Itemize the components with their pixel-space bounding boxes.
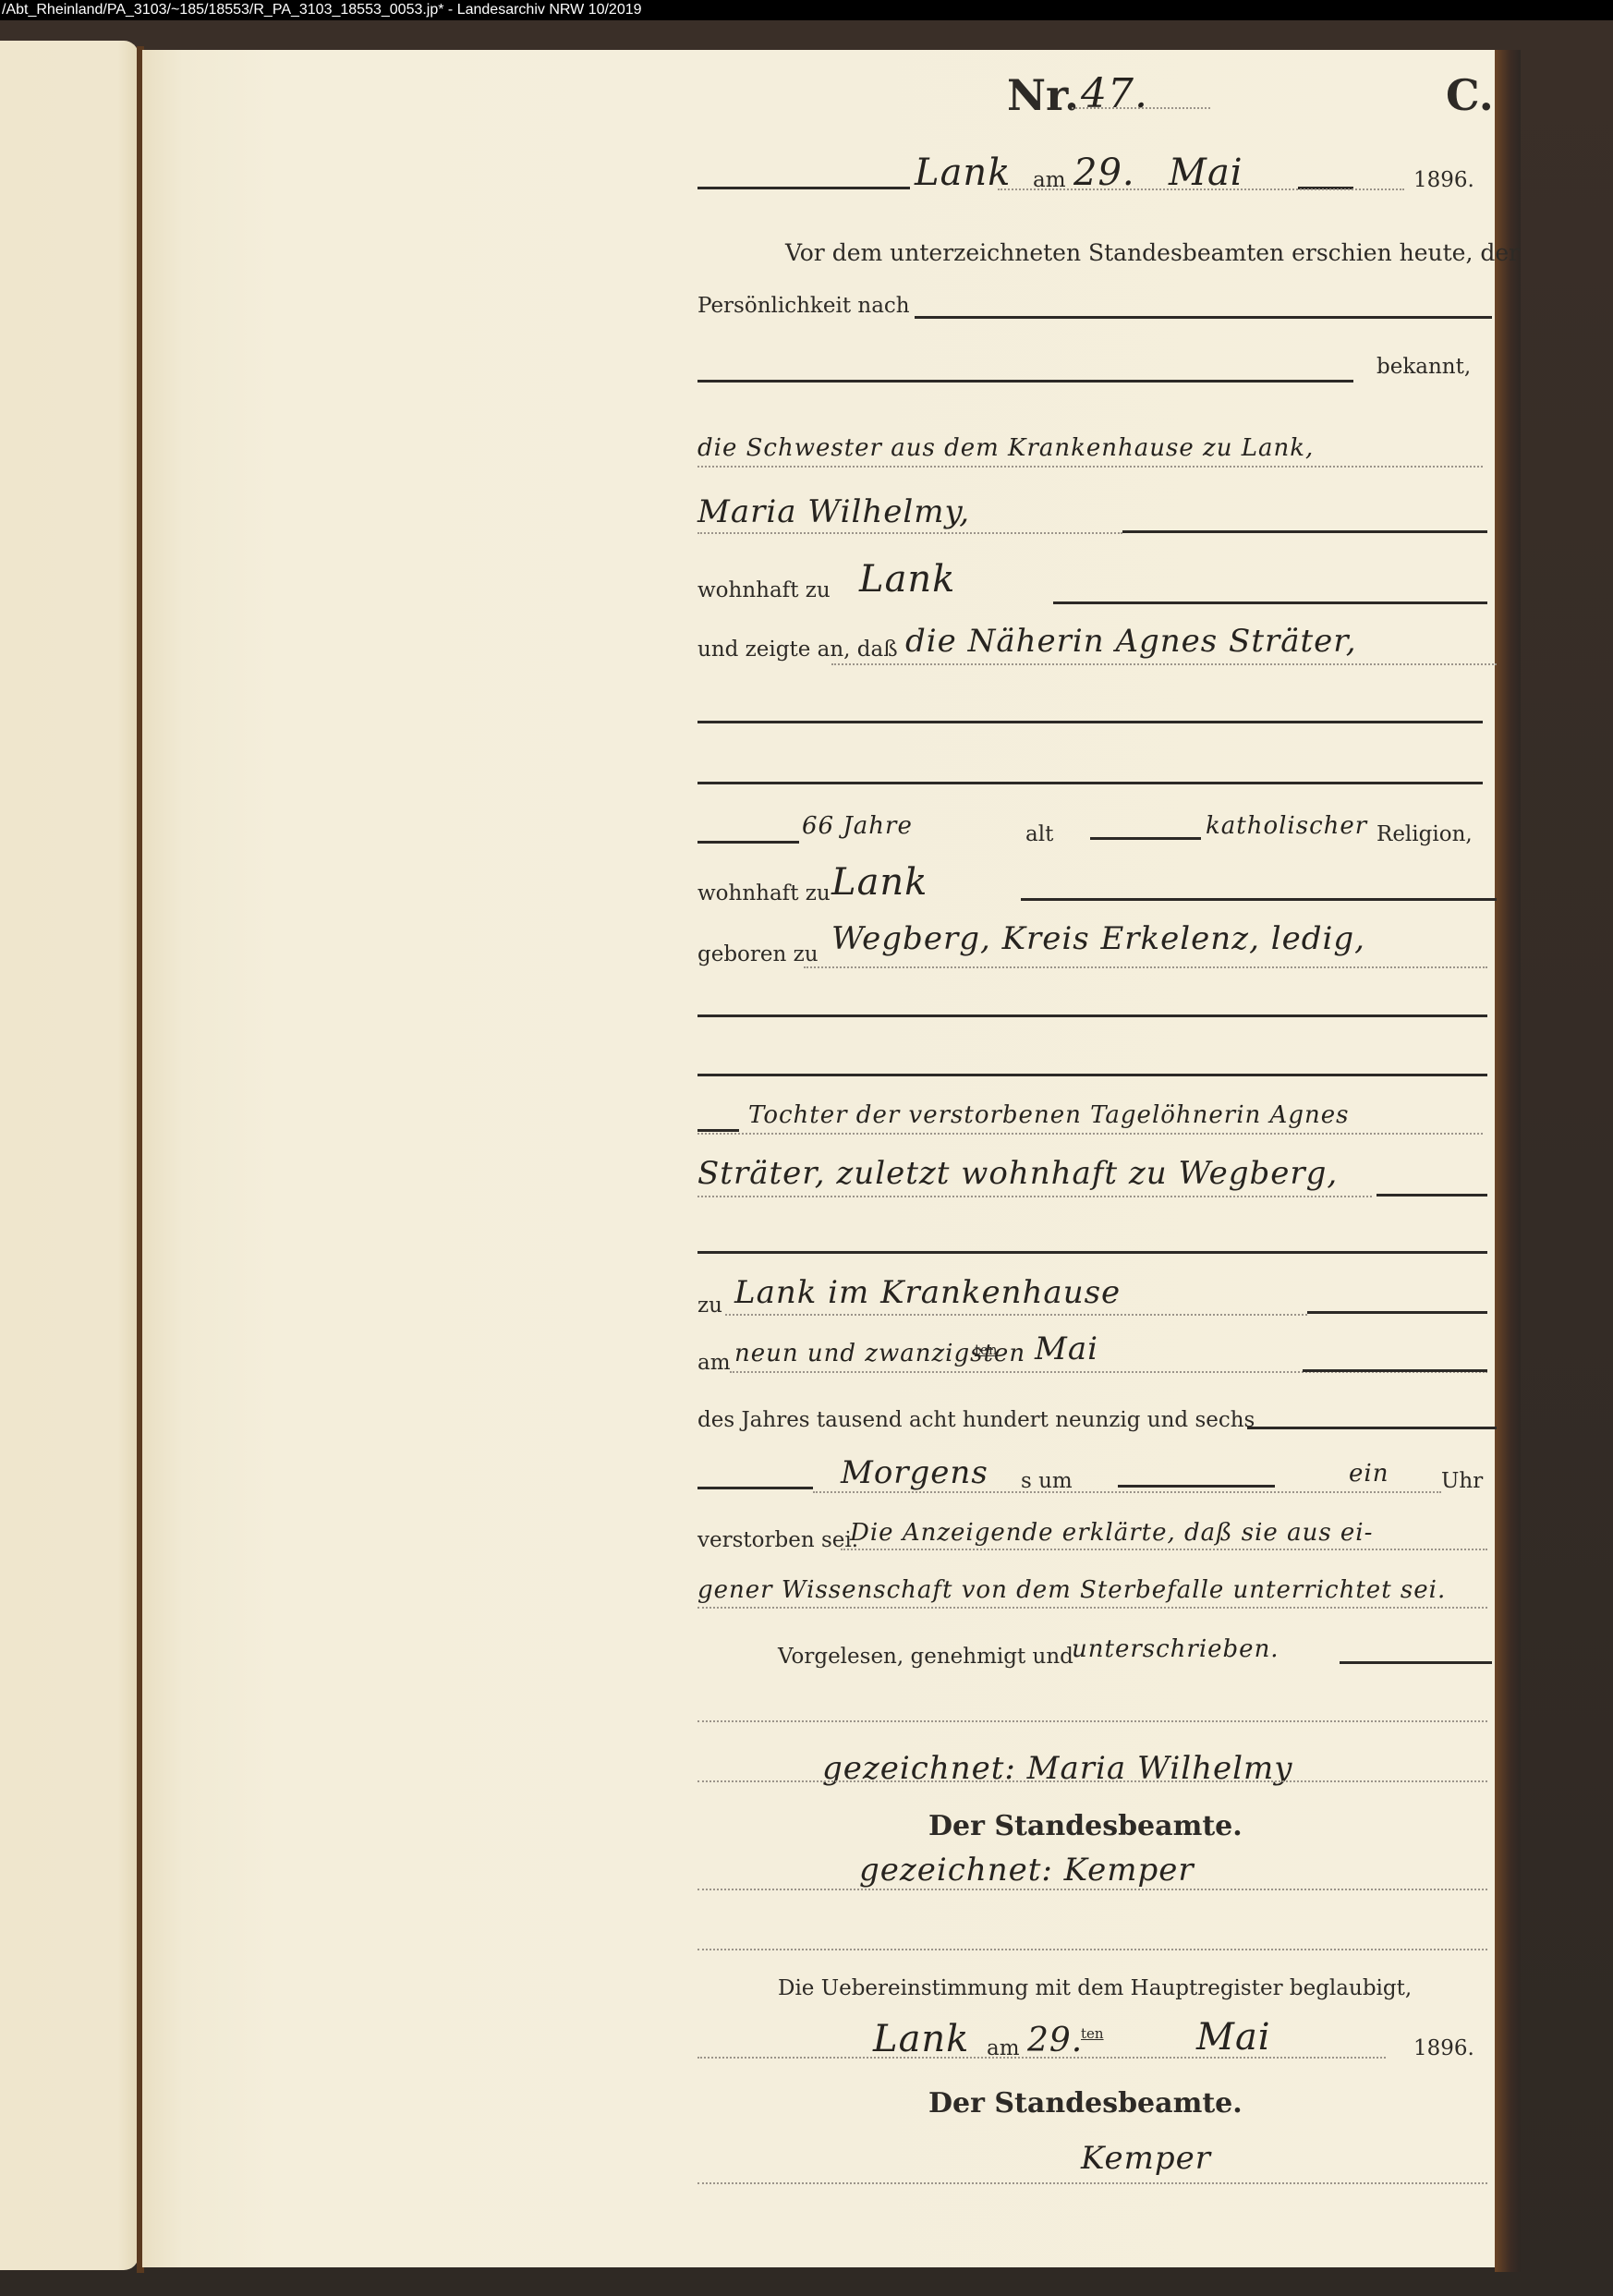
time-of-day: Morgens: [841, 1454, 988, 1491]
record-number: 47.: [1081, 70, 1148, 117]
death-place: Lank im Krankenhause: [734, 1274, 1121, 1311]
place: Lank: [915, 152, 1011, 194]
informant-residence: Lank: [859, 558, 955, 601]
window-title: /Abt_Rheinland/PA_3103/~185/18553/R_PA_3…: [0, 0, 1613, 20]
cert-year: 1896.: [1413, 2036, 1474, 2060]
time-suffix: s um: [1021, 1469, 1073, 1493]
bekannt-label: bekannt,: [1377, 355, 1471, 379]
age-label: alt: [1025, 822, 1053, 846]
registrar-title: Der Standesbeamte.: [928, 1810, 1243, 1842]
cert-signature: Kemper: [1081, 2140, 1211, 2177]
death-month: Mai: [1035, 1330, 1098, 1367]
informant-name: Maria Wilhelmy,: [697, 493, 970, 530]
parents-line-2: Sträter, zuletzt wohnhaft zu Wegberg,: [697, 1155, 1338, 1192]
death-record-form: Nr. 47. C. Lank am 29. Mai 1896. Vor dem…: [693, 50, 1497, 2267]
death-place-label: zu: [697, 1294, 722, 1318]
religion-label: Religion,: [1377, 822, 1473, 846]
deceased-name: die Näherin Agnes Sträter,: [905, 623, 1357, 660]
registrar-signature: gezeichnet: Kemper: [859, 1852, 1195, 1889]
announce-label: und zeigte an, daß: [697, 638, 898, 662]
residence-label: wohnhaft zu: [697, 578, 831, 602]
read-value: unterschrieben.: [1072, 1635, 1279, 1663]
cert-registrar-title: Der Standesbeamte.: [928, 2087, 1243, 2120]
year: 1896.: [1413, 168, 1474, 192]
certification-text: Die Uebereinstimmung mit dem Hauptregist…: [778, 1976, 1412, 2000]
left-page: [0, 41, 139, 2270]
cert-place: Lank: [873, 2018, 969, 2060]
deceased-residence-label: wohnhaft zu: [697, 881, 831, 905]
birthplace: Wegberg, Kreis Erkelenz, ledig,: [831, 920, 1365, 957]
cert-month: Mai: [1196, 2016, 1271, 2059]
cert-day: 29.: [1027, 2022, 1083, 2059]
form-letter: C.: [1446, 70, 1494, 120]
uhr-label: Uhr: [1441, 1469, 1483, 1493]
personality-label: Persönlichkeit nach: [697, 294, 910, 318]
deceased-residence: Lank: [831, 861, 928, 904]
year-in-words: des Jahres tausend acht hundert neunzig …: [697, 1408, 1255, 1432]
death-date-label: am: [697, 1351, 731, 1375]
religion-value: katholischer: [1206, 812, 1367, 840]
age-value: 66 Jahre: [802, 812, 913, 840]
born-label: geboren zu: [697, 942, 819, 966]
remark-line-1: Die Anzeigende erklärte, daß sie aus ei-: [850, 1519, 1373, 1547]
record-number-label: Nr.: [1007, 70, 1079, 120]
parents-line-1: Tochter der verstorbenen Tagelöhnerin Ag…: [748, 1101, 1349, 1129]
informant-occupation: die Schwester aus dem Krankenhause zu La…: [697, 434, 1314, 462]
page-edge: [1495, 50, 1521, 2272]
hour: ein: [1349, 1460, 1389, 1488]
intro-text: Vor dem unterzeichneten Standesbeamten e…: [785, 239, 1520, 266]
cert-day-suffix: ten: [1081, 2025, 1104, 2042]
remark-line-2: gener Wissenschaft von dem Sterbefalle u…: [697, 1576, 1446, 1604]
died-label: verstorben sei.: [697, 1528, 858, 1552]
read-label: Vorgelesen, genehmigt und: [778, 1645, 1073, 1669]
death-day-suffix: ten: [975, 1342, 998, 1358]
